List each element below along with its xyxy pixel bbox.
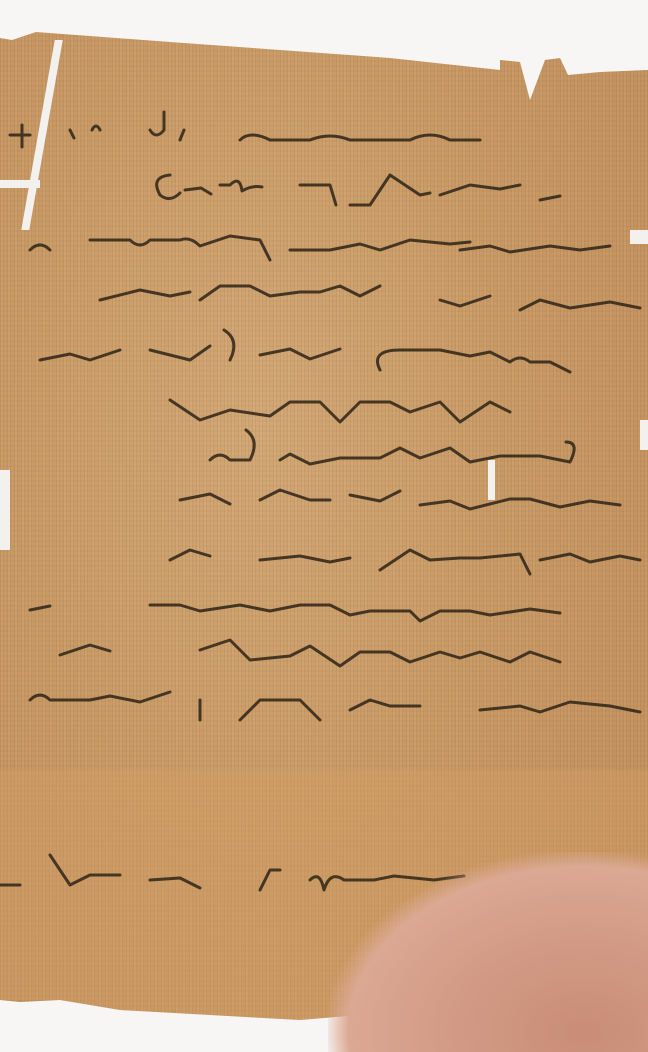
photo-scene: Papyrus fragment xyxy=(0,0,648,1052)
hand-finger xyxy=(328,852,648,1052)
